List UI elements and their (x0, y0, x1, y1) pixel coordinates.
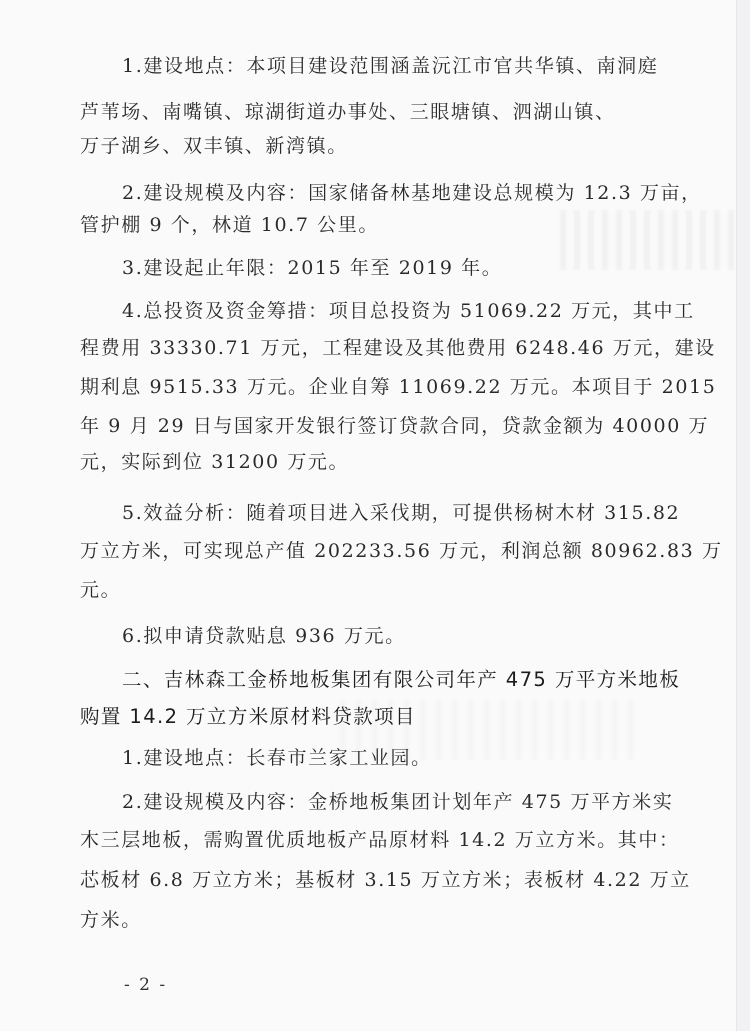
item-3-period: 3.建设起止年限：2015 年至 2019 年。 (122, 256, 670, 280)
section-2-heading-line-1: 二、吉林森工金桥地板集团有限公司年产 475 万平方米地板 (122, 668, 670, 692)
item-4-investment-line-5: 元，实际到位 31200 万元。 (80, 450, 670, 474)
item-2-scale-line-1: 2.建设规模及内容：国家储备林基地建设总规模为 12.3 万亩， (122, 181, 670, 205)
item-2-scale-line-2: 管护棚 9 个，林道 10.7 公里。 (80, 213, 670, 237)
section-2-item-2-line-2: 木三层地板，需购置优质地板产品原材料 14.2 万立方米。其中： (80, 828, 670, 852)
item-1-location-line-1: 1.建设地点：本项目建设范围涵盖沅江市官共华镇、南洞庭 (122, 54, 670, 78)
item-1-location-line-2: 芦苇场、南嘴镇、琼湖街道办事处、三眼塘镇、泗湖山镇、 (80, 100, 670, 124)
item-5-benefit-line-2: 万立方米，可实现总产值 202233.56 万元，利润总额 80962.83 万 (80, 539, 670, 563)
item-4-investment-line-1: 4.总投资及资金筹措：项目总投资为 51069.22 万元，其中工 (122, 299, 670, 323)
section-2-item-2-line-3: 芯板材 6.8 万立方米；基板材 3.15 万立方米；表板材 4.22 万立 (80, 868, 670, 892)
document-page: 1.建设地点：本项目建设范围涵盖沅江市官共华镇、南洞庭 芦苇场、南嘴镇、琼湖街道… (0, 0, 736, 1031)
item-4-investment-line-2: 程费用 33330.71 万元，工程建设及其他费用 6248.46 万元，建设 (80, 336, 670, 360)
item-4-investment-line-4: 年 9 月 29 日与国家开发银行签订贷款合同，贷款金额为 40000 万 (80, 414, 670, 438)
item-5-benefit-line-3: 元。 (80, 578, 670, 602)
section-2-heading-line-2: 购置 14.2 万立方米原材料贷款项目 (80, 705, 670, 729)
item-1-location-line-3: 万子湖乡、双丰镇、新湾镇。 (80, 134, 670, 158)
section-2-item-2-line-1: 2.建设规模及内容：金桥地板集团计划年产 475 万平方米实 (122, 790, 670, 814)
scan-edge (736, 0, 750, 1031)
section-2-item-1-location: 1.建设地点：长春市兰家工业园。 (122, 746, 670, 770)
section-2-item-2-line-4: 方米。 (80, 908, 670, 932)
item-6-subsidy: 6.拟申请贷款贴息 936 万元。 (122, 624, 670, 648)
item-5-benefit-line-1: 5.效益分析：随着项目进入采伐期，可提供杨树木材 315.82 (122, 501, 670, 525)
page-number: - 2 - (124, 975, 167, 995)
item-4-investment-line-3: 期利息 9515.33 万元。企业自筹 11069.22 万元。本项目于 201… (80, 375, 670, 399)
